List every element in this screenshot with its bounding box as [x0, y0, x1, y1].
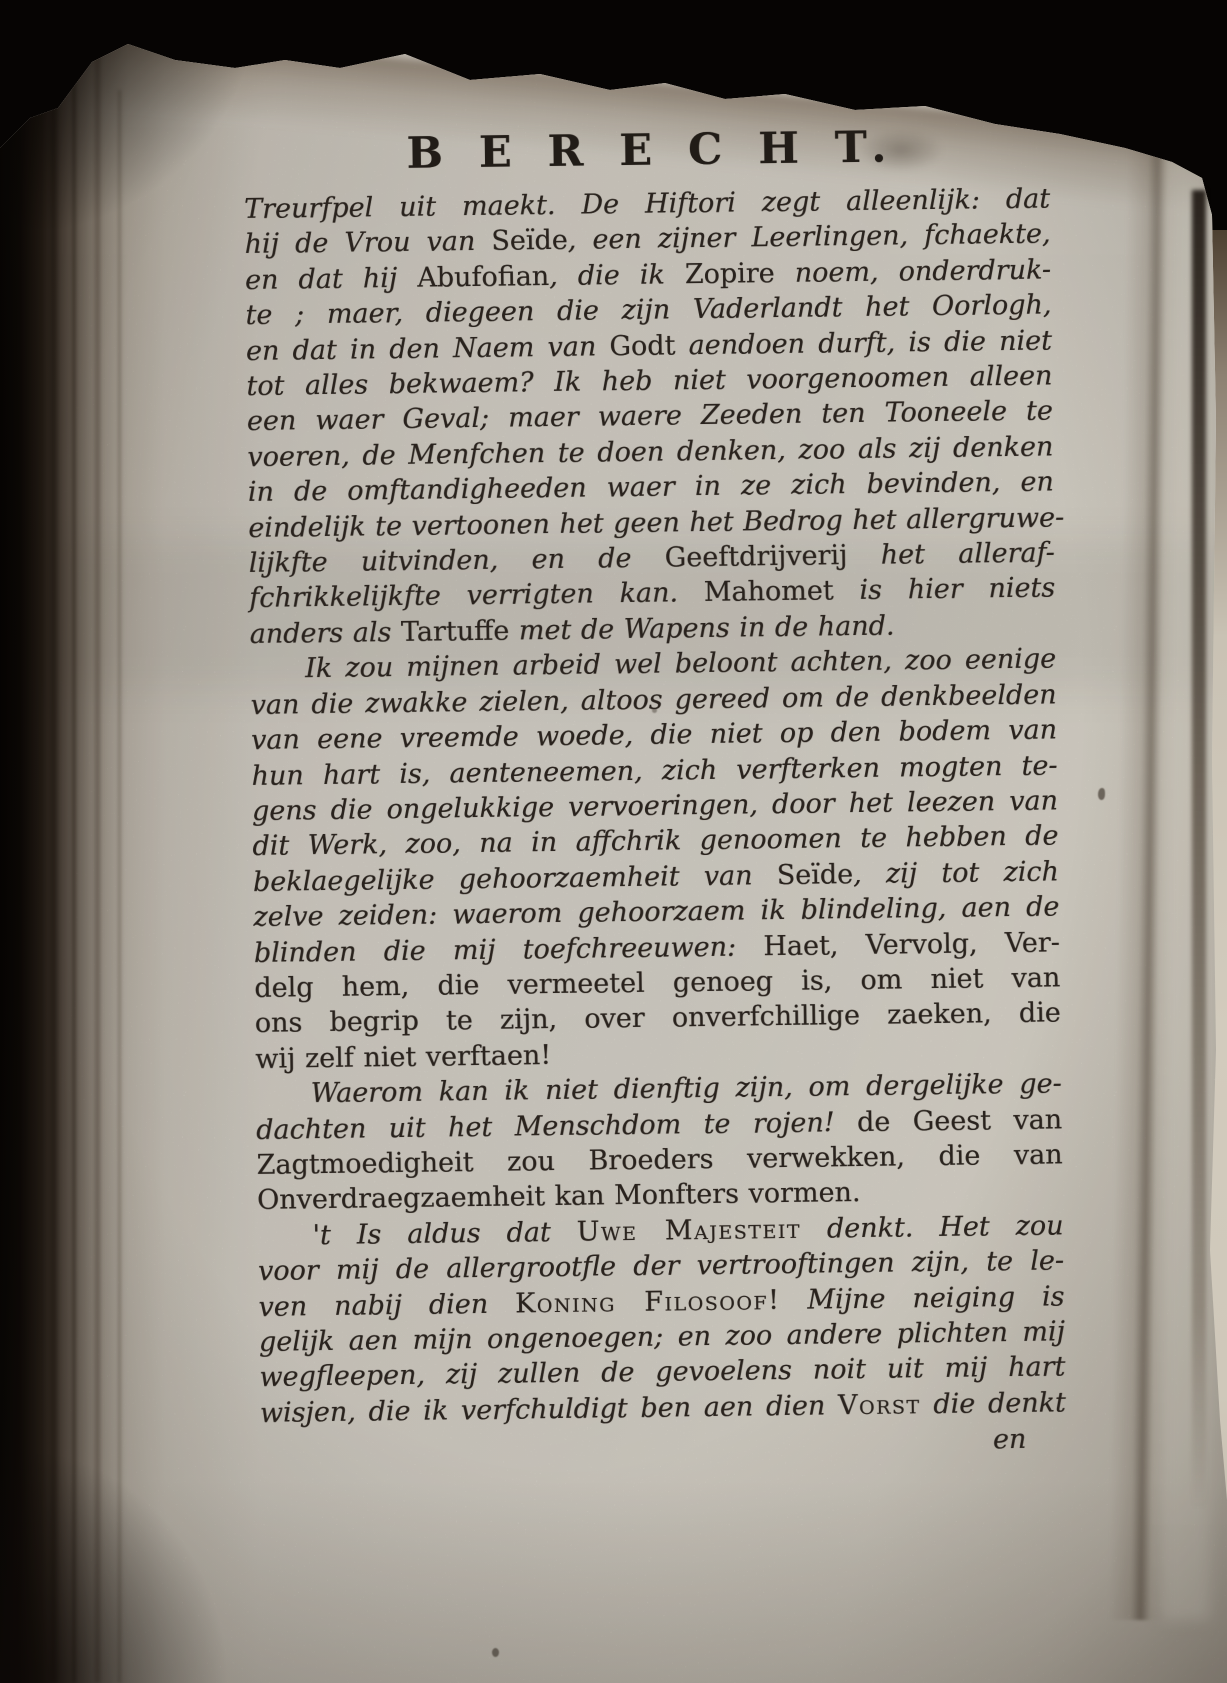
- text-line: van eene vreemde woede, die niet op den …: [251, 712, 1057, 758]
- text-line: van die zwakke zielen, altoos gereed om …: [250, 677, 1056, 723]
- page-top-deckle-edge: [72, 28, 1227, 219]
- text-line: Waerom kan ik niet dienftig zijn, om der…: [255, 1067, 1061, 1113]
- text-line: voor mij de allergrootfle der vertroofti…: [258, 1244, 1064, 1290]
- bottom-left-corner-shadow: [0, 1443, 230, 1683]
- paper-texture: [0, 0, 1227, 1683]
- text-line: ven nabij dien Koning Filosoof! Mijne ne…: [258, 1279, 1064, 1325]
- text-line: ons begrip te zijn, over onverfchillige …: [255, 996, 1061, 1042]
- lighting-band: [0, 540, 1227, 690]
- text-line: anders als Tartuffe met de Wapens in de …: [249, 606, 1055, 652]
- spine-streak: [95, 40, 100, 1683]
- text-line: eindelijk te vertoonen het geen het Bedr…: [248, 500, 1054, 546]
- text-line: Treurfpel uit maekt. De Hiftori zegt all…: [244, 181, 1050, 227]
- text-line: een waer Geval; maer waere Zeeden ten To…: [247, 394, 1053, 440]
- text-line: te ; maer, diegeen die zijn Vaderlandt h…: [245, 288, 1051, 334]
- ink-speck: [492, 1648, 499, 1657]
- text-line: zelve zeiden: waerom gehoorzaem ik blind…: [253, 890, 1059, 936]
- page-edge-crease: [1109, 80, 1186, 1621]
- top-left-corner-shadow: [0, 0, 260, 240]
- book-page: B E R E C H T. Treurfpel uit maekt. De H…: [0, 0, 1227, 1683]
- text-line: voeren, de Menfchen te doen denken, zoo …: [247, 429, 1053, 475]
- text-line: wisjen, die ik verfchuldigt ben aen dien…: [260, 1385, 1066, 1431]
- text-line: tot alles bekwaem? Ik heb niet voorgenoo…: [246, 358, 1052, 404]
- text-line: en dat in den Naem van Godt aendoen durf…: [246, 323, 1052, 369]
- text-line: hun hart is, aenteneemen, zich verfterke…: [251, 748, 1057, 794]
- text-line: beklaegelijke gehoorzaemheit van Seïde, …: [253, 854, 1059, 900]
- text-line: gelijk aen mijn ongenoegen; en zoo ander…: [259, 1314, 1065, 1360]
- ink-speck: [652, 708, 657, 713]
- ink-speck: [1098, 788, 1105, 800]
- catchword: en: [260, 1422, 1066, 1468]
- text-line: fchrikkelijkfte verrigten kan. Mahomet i…: [249, 571, 1055, 617]
- text-line: in de omftandigheeden waer in ze zich be…: [248, 465, 1054, 511]
- text-line: wegfleepen, zij zullen de gevoelens noit…: [259, 1350, 1065, 1396]
- text-line: lijkfte uitvinden, en de Geeftdrijverij …: [249, 535, 1055, 581]
- text-line: dit Werk, zoo, na in affchrik genoomen t…: [252, 819, 1058, 865]
- text-line: dachten uit het Menschdom te rojen! de G…: [256, 1102, 1062, 1148]
- text-line: Ik zou mijnen arbeid wel beloont achten,…: [250, 642, 1056, 688]
- book-spine-shadow: [0, 0, 260, 1683]
- bottom-shading: [0, 1480, 1227, 1683]
- text-line: en dat hij Abufofian, die ik Zopire noem…: [245, 252, 1051, 298]
- text-line: wij zelf niet verftaen!: [255, 1031, 1061, 1077]
- text-line: hij de Vrou van Seïde, een zijner Leerli…: [244, 217, 1050, 263]
- book-photo: B E R E C H T. Treurfpel uit maekt. De H…: [0, 0, 1227, 1683]
- page-gap-shadow: [1192, 190, 1206, 1510]
- ink-smudge: [858, 128, 944, 172]
- text-line: Onverdraegzaemheit kan Monfters vormen.: [257, 1173, 1063, 1219]
- photo-vignette: [0, 0, 1227, 1683]
- text-line: Zagtmoedigheit zou Broeders verwekken, d…: [256, 1137, 1062, 1183]
- spine-streak: [72, 0, 76, 1683]
- spine-streak: [118, 90, 121, 1683]
- text-lines: Treurfpel uit maekt. De Hiftori zegt all…: [244, 181, 1066, 1431]
- text-line: delg hem, die vermeetel genoeg is, om ni…: [254, 960, 1060, 1006]
- spine-streak: [50, 0, 57, 1683]
- text-line: blinden die mij toefchreeuwen: Haet, Ver…: [254, 925, 1060, 971]
- text-line: gens die ongelukkige vervoeringen, door …: [252, 783, 1058, 829]
- text-line: 't Is aldus dat Uwe Majesteit denkt. Het…: [257, 1208, 1063, 1254]
- text-block: B E R E C H T. Treurfpel uit maekt. De H…: [243, 113, 1067, 1467]
- page-title: B E R E C H T.: [243, 113, 1050, 192]
